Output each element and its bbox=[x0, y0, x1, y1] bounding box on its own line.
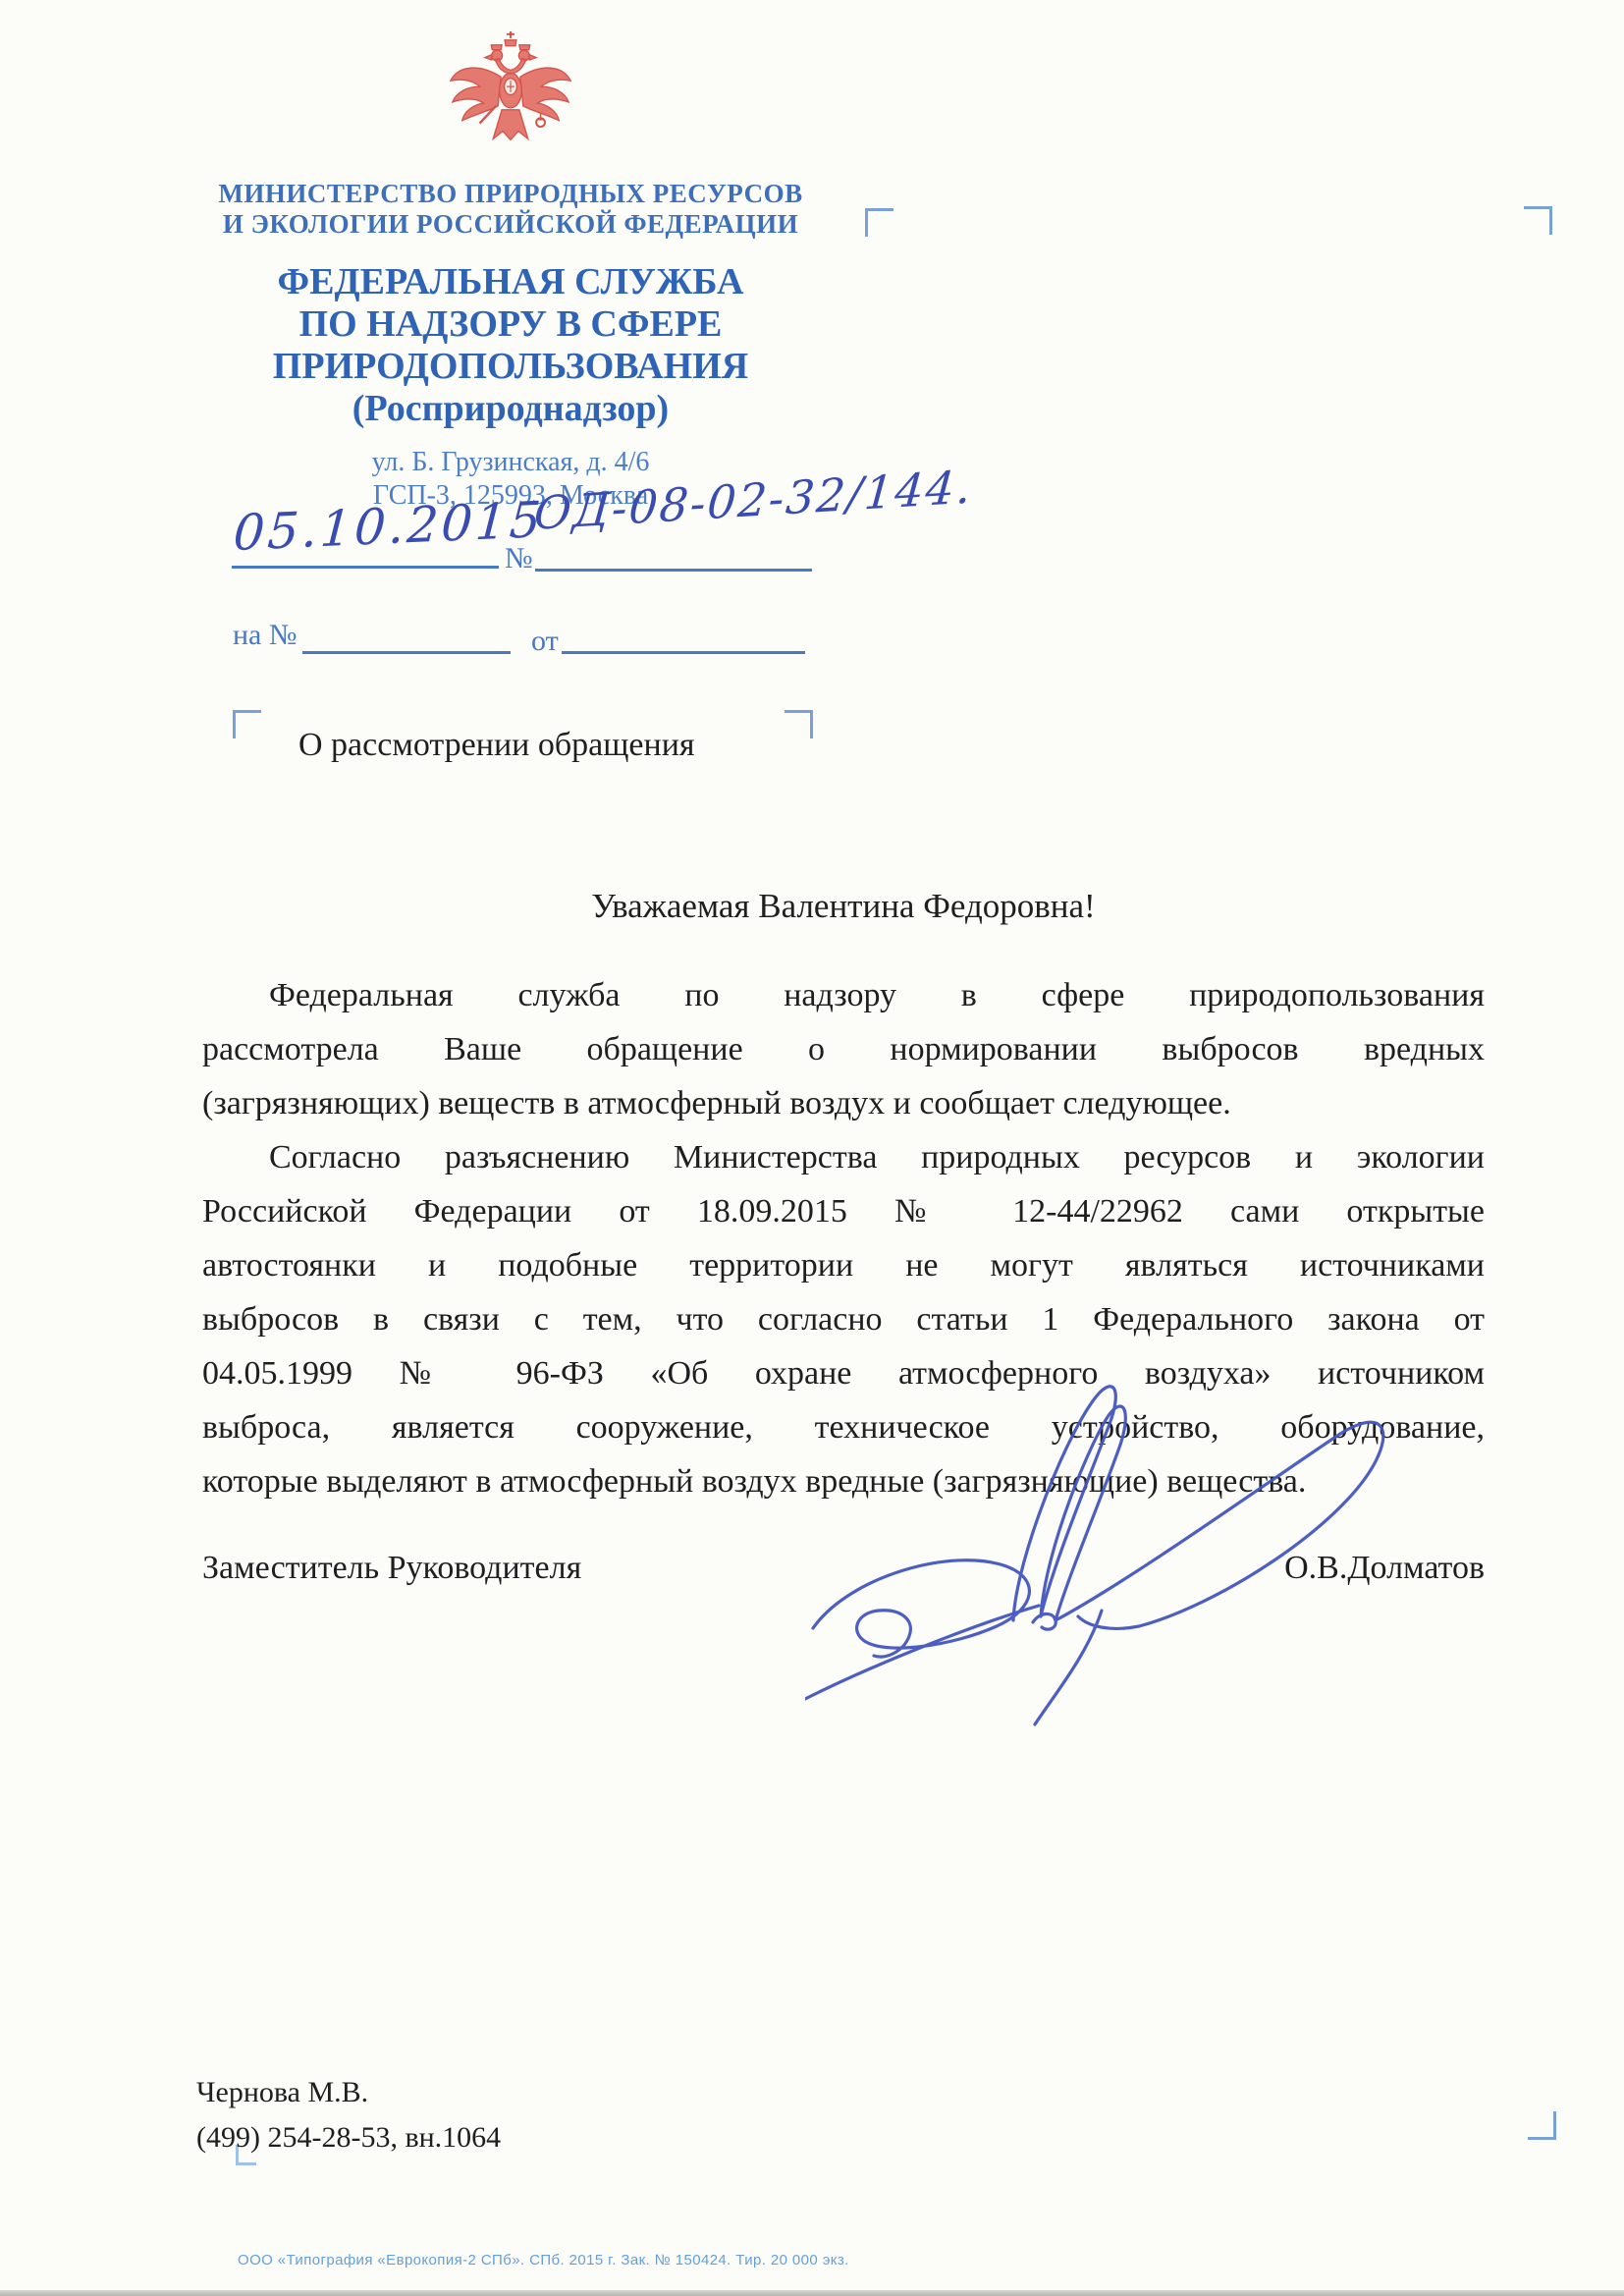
print-shop-info: ООО «Типография «Еврокопия-2 СПб». СПб. … bbox=[238, 2252, 849, 2269]
number-underline bbox=[535, 569, 812, 572]
double-headed-eagle-emblem-icon bbox=[443, 27, 578, 165]
agency-line2: ПО НАДЗОРУ В СФЕРЕ bbox=[147, 303, 874, 346]
text-zone-corner-right bbox=[785, 710, 813, 738]
addressee-zone-corner-top-right bbox=[1524, 206, 1552, 235]
salutation: Уважаемая Валентина Федоровна! bbox=[202, 887, 1485, 926]
body-line: выбросов в связи с тем, что согласно ста… bbox=[202, 1292, 1485, 1346]
signature-row: Заместитель Руководителя О.В.Долматов bbox=[202, 1550, 1485, 1587]
date-underline bbox=[232, 566, 499, 569]
subject-line: О рассмотрении обращения bbox=[298, 727, 695, 764]
text-zone-corner-left bbox=[233, 710, 261, 738]
signer-name: О.В.Долматов bbox=[1284, 1550, 1485, 1587]
reply-to-number-label: на № bbox=[233, 619, 298, 652]
body-line: Федеральная служба по надзору в сфере пр… bbox=[202, 968, 1485, 1022]
scanned-letter-page: МИНИСТЕРСТВО ПРИРОДНЫХ РЕСУРСОВ И ЭКОЛОГ… bbox=[0, 0, 1624, 2296]
agency-line3: ПРИРОДОПОЛЬЗОВАНИЯ bbox=[147, 346, 874, 388]
reply-date-underline bbox=[562, 651, 805, 654]
body-line: Российской Федерации от 18.09.2015 № 12-… bbox=[202, 1184, 1485, 1238]
letterhead: МИНИСТЕРСТВО ПРИРОДНЫХ РЕСУРСОВ И ЭКОЛОГ… bbox=[147, 27, 874, 513]
agency-name: ФЕДЕРАЛЬНАЯ СЛУЖБА ПО НАДЗОРУ В СФЕРЕ ПР… bbox=[147, 261, 874, 430]
scan-edge-shadow bbox=[0, 2290, 1624, 2296]
signer-position: Заместитель Руководителя bbox=[202, 1550, 581, 1587]
reply-from-label: от bbox=[531, 625, 559, 658]
agency-short-name: (Росприроднадзор) bbox=[147, 388, 874, 430]
reply-number-underline bbox=[302, 651, 511, 654]
ministry-line1: МИНИСТЕРСТВО ПРИРОДНЫХ РЕСУРСОВ bbox=[147, 179, 874, 209]
addressee-zone-corner-top-left bbox=[865, 208, 893, 237]
body-line: рассмотрела Ваше обращение о нормировани… bbox=[202, 1022, 1485, 1076]
bottom-zone-corner-right bbox=[1528, 2111, 1556, 2140]
body-line: Согласно разъяснению Министерства природ… bbox=[202, 1130, 1485, 1184]
body-line: (загрязняющих) веществ в атмосферный воз… bbox=[202, 1076, 1485, 1130]
number-sign-label: № bbox=[505, 542, 533, 575]
executor-block: Чернова М.В. (499) 254-28-53, вн.1064 bbox=[196, 2070, 501, 2160]
executor-phone: (499) 254-28-53, вн.1064 bbox=[196, 2115, 501, 2160]
body-line: автостоянки и подобные территории не мог… bbox=[202, 1238, 1485, 1292]
agency-line1: ФЕДЕРАЛЬНАЯ СЛУЖБА bbox=[147, 261, 874, 303]
ministry-name: МИНИСТЕРСТВО ПРИРОДНЫХ РЕСУРСОВ И ЭКОЛОГ… bbox=[147, 179, 874, 240]
ministry-line2: И ЭКОЛОГИИ РОССИЙСКОЙ ФЕДЕРАЦИИ bbox=[147, 209, 874, 240]
executor-name: Чернова М.В. bbox=[196, 2070, 501, 2115]
